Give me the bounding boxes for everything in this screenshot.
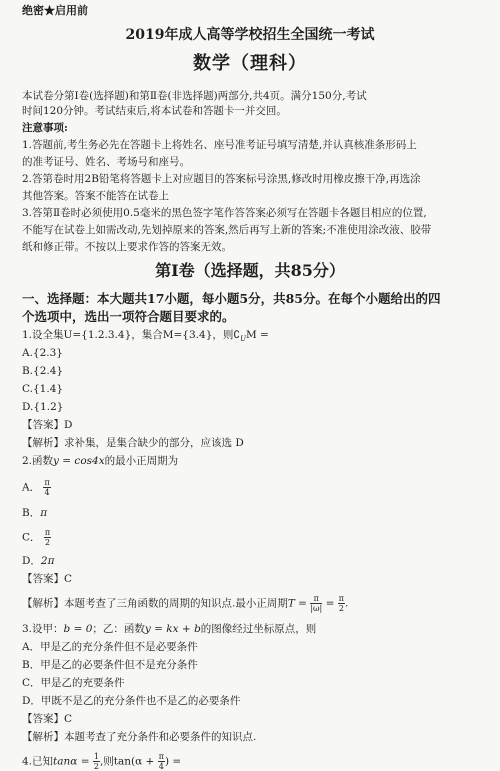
question-3-stem: 3.设甲：b = 0；乙：函数y = kx + b的图像经过坐标原点，则 — [22, 622, 316, 636]
secret-mark: 绝密★启用前 — [22, 4, 88, 18]
exam-title: 2019年成人高等学校招生全国统一考试 — [0, 28, 500, 42]
intro-line-2: 时间120分钟。考试结束后,将本试卷和答题卡一并交回。 — [22, 104, 287, 118]
question-1-option-d: D.{1.2} — [22, 400, 63, 414]
fraction: π2 — [44, 528, 51, 547]
fraction: π|ω| — [310, 594, 322, 613]
question-2-option-d: D．2π — [22, 554, 55, 568]
intro-line-1: 本试卷分第Ⅰ卷(选择题)和第Ⅱ卷(非选择题)两部分,共4页。满分150分,考试 — [22, 89, 367, 103]
question-3-answer: 【答案】C — [22, 712, 72, 726]
note-line: 3.答第Ⅱ卷时必须使用0.5毫米的黑色签字笔作答答案必须写在答题卡各题目相应的位… — [22, 206, 427, 220]
note-line: 1.答题前,考生务必先在答题卡上将姓名、座号准考证号填写清楚,并认真核准条形码上 — [22, 138, 417, 152]
question-3-option-b: B．甲是乙的必要条件但不是充分条件 — [22, 658, 198, 672]
question-4-stem: 4.已知tanα = 12,则tan(α + π4) = — [22, 752, 181, 771]
question-1-option-a: A.{2.3} — [22, 346, 63, 360]
note-line: 2.答第卷时用2B铅笔将答题卡上对应题目的答案标号涂黑,修改时用橡皮擦干净,再选… — [22, 172, 421, 186]
question-1-option-c: C.{1.4} — [22, 382, 63, 396]
part-1-title: 第Ⅰ卷（选择题，共85分） — [0, 264, 500, 278]
notes-heading: 注意事项: — [22, 121, 68, 135]
section-instruction-1: 一、选择题：本大题共17小题，每小题5分，共85分。在每个小题给出的四 — [22, 290, 441, 308]
question-2-analysis: 【解析】本题考查了三角函数的周期的知识点.最小正周期T = π|ω| = π2. — [22, 594, 348, 613]
question-3-option-c: C．甲是乙的充要条件 — [22, 676, 125, 690]
question-1-analysis: 【解析】求补集，是集合缺少的部分，应该选 D — [22, 436, 244, 450]
fraction: π4 — [43, 478, 50, 497]
question-3-option-a: A．甲是乙的充分条件但不是必要条件 — [22, 640, 198, 654]
exam-page: 绝密★启用前 2019年成人高等学校招生全国统一考试 数学（理科） 本试卷分第Ⅰ… — [0, 0, 500, 771]
fraction: π4 — [158, 752, 165, 771]
note-line: 纸和修正带。不按以上要求作答的答案无效。 — [22, 240, 232, 254]
question-2-answer: 【答案】C — [22, 572, 72, 586]
question-1-answer: 【答案】D — [22, 418, 72, 432]
question-3-analysis: 【解析】本题考查了充分条件和必要条件的知识点. — [22, 730, 256, 744]
note-line: 不能写在试卷上如需改动,先划掉原来的答案,然后再写上新的答案;不准使用涂改液、胶… — [22, 223, 431, 237]
note-line: 其他答案。答案不能答在试卷上 — [22, 189, 169, 203]
fraction: π2 — [338, 594, 345, 613]
question-2-option-c: C． π2 — [22, 528, 51, 547]
question-1-stem: 1.设全集U={1.2.3.4}，集合M={3.4}，则∁UM = — [22, 328, 269, 346]
question-1-option-b: B.{2.4} — [22, 364, 63, 378]
question-3-option-d: D．甲既不是乙的充分条件也不是乙的必要条件 — [22, 694, 240, 708]
exam-subtitle: 数学（理科） — [0, 57, 500, 71]
question-2-option-b: B．π — [22, 506, 47, 520]
section-instruction-2: 个选项中，选出一项符合题目要求的。 — [22, 308, 235, 326]
note-line: 的准考证号、姓名、考场号和座号。 — [22, 155, 190, 169]
fraction: 12 — [93, 752, 100, 771]
question-2-option-a: A． π4 — [22, 478, 51, 497]
question-2-stem: 2.函数y = cos4x的最小正周期为 — [22, 454, 178, 468]
